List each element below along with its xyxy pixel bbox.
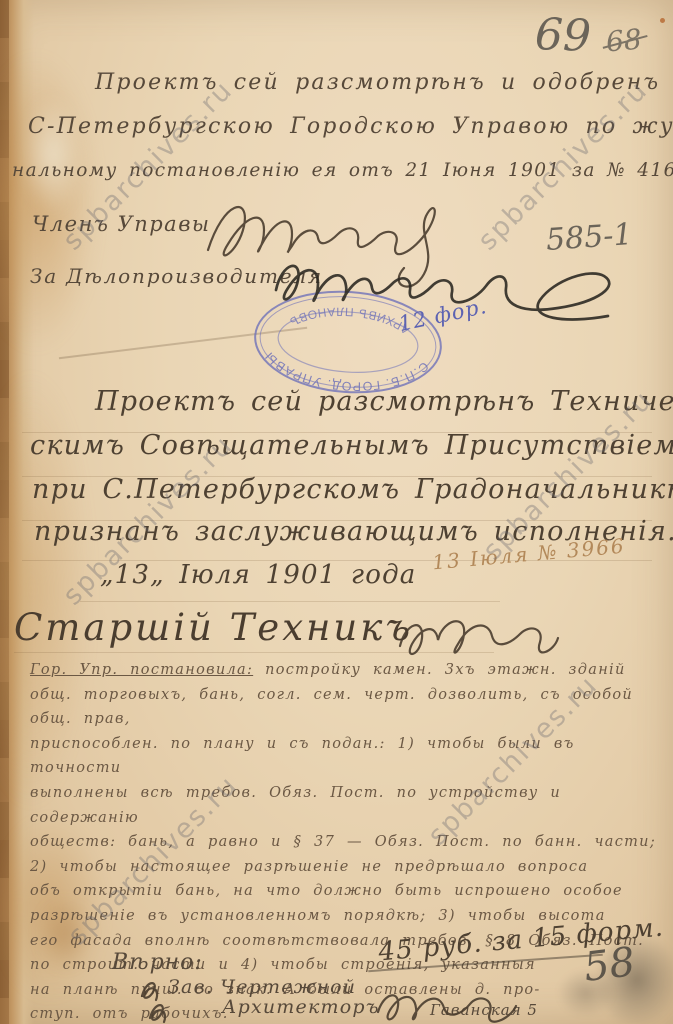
old-page-number: 68: [605, 23, 643, 59]
technical-line-1: Проектъ сей разсмотрѣнъ Техниче-: [95, 386, 673, 417]
paper-torn-edge: [0, 0, 9, 1024]
technician-title: Старшій Техникъ: [14, 606, 413, 649]
paper-speck: [660, 18, 665, 23]
resolution-line: постройку камен. 3хъ этажн. зданій: [253, 662, 625, 678]
ruled-line: [80, 601, 500, 602]
resolution-heading: Гор. Упр. постановила:: [30, 662, 253, 678]
ink-smudge: [556, 968, 616, 1018]
approval-line-1: Проектъ сей разсмотрѣнъ и одобренъ: [95, 70, 660, 95]
date-line: „13„ Іюля 1901 года: [100, 560, 417, 590]
resolution-line: обществ: бань, а равно и § 37 — Обяз. По…: [30, 830, 666, 855]
footer-flourish: [144, 996, 170, 1024]
document-scan: 69 68 Проектъ сей разсмотрѣнъ и одобренъ…: [0, 0, 673, 1024]
page-number: 69: [534, 9, 592, 62]
technician-signature: [392, 606, 562, 664]
architect-signature: [372, 982, 522, 1024]
footer-drafting-office: Зав. Чертежной: [168, 976, 356, 998]
footer-verno: Вѣрно:: [112, 950, 203, 975]
resolution-line: выполнены всѣ требов. Обяз. Пост. по уст…: [30, 781, 666, 830]
resolution-line: приспособлен. по плану и съ подан.: 1) ч…: [30, 732, 666, 781]
footer-architect-label: Архитекторъ: [222, 996, 380, 1018]
clerk-signature: [268, 240, 638, 325]
